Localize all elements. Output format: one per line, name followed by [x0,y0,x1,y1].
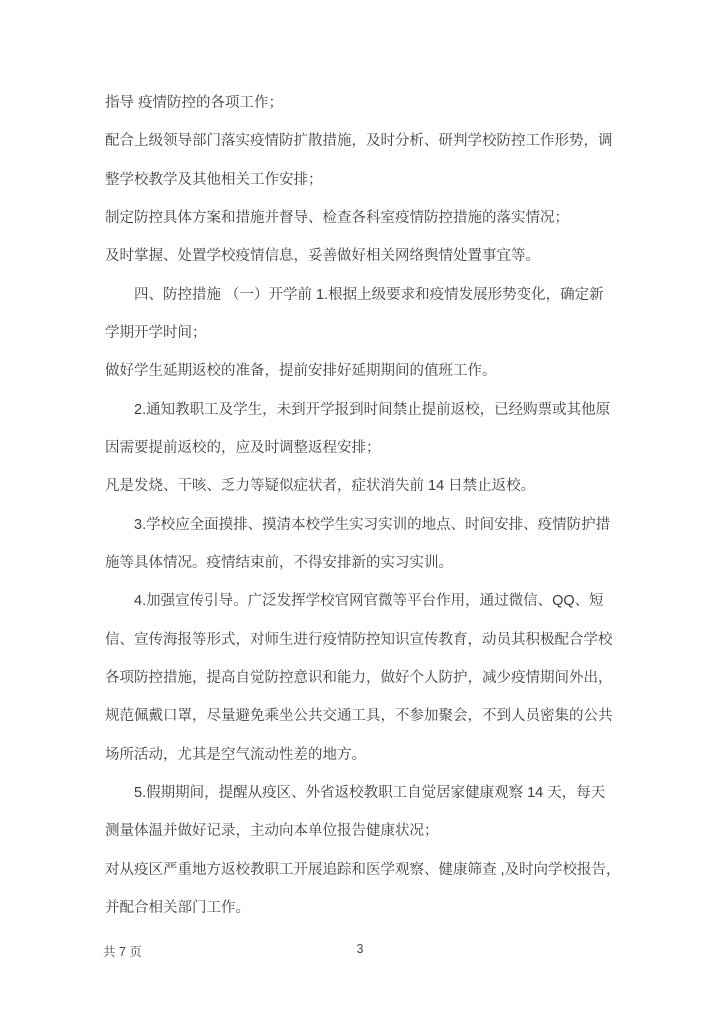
document-body: 指导 疫情防控的各项工作；配合上级领导部门落实疫情防扩散措施，及时分析、研判学校… [105,84,615,927]
text-line: 2.通知教职工及学生，未到开学报到时间禁止提前返校，已经购票或其他原 [105,391,615,429]
text-line: 对从疫区严重地方返校教职工开展追踪和医学观察、健康筛查 ,及时向学校报告， [105,851,615,889]
text-line: 四、防控措施 （一）开学前 1.根据上级要求和疫情发展形势变化，确定新 [105,276,615,314]
text-line: 信、宣传海报等形式，对师生进行疫情防控知识宣传教育，动员其积极配合学校 [105,621,615,659]
text-line: 3.学校应全面摸排、摸清本校学生实习实训的地点、时间安排、疫情防护措 [105,506,615,544]
page-number: 3 [105,942,615,956]
page-footer: 共 7 页 3 [105,942,615,960]
text-line: 配合上级领导部门落实疫情防扩散措施，及时分析、研判学校防控工作形势，调 [105,122,615,160]
text-line: 测量体温并做好记录，主动向本单位报告健康状况； [105,812,615,850]
text-line: 做好学生延期返校的准备，提前安排好延期期间的值班工作。 [105,352,615,390]
document-page: 指导 疫情防控的各项工作；配合上级领导部门落实疫情防扩散措施，及时分析、研判学校… [0,0,720,1020]
text-line: 学期开学时间； [105,314,615,352]
text-line: 并配合相关部门工作。 [105,889,615,927]
text-line: 指导 疫情防控的各项工作； [105,84,615,122]
text-line: 各项防控措施，提高自觉防控意识和能力，做好个人防护，减少疫情期间外出， [105,659,615,697]
text-line: 因需要提前返校的，应及时调整返程安排； [105,429,615,467]
text-line: 整学校教学及其他相关工作安排； [105,161,615,199]
text-line: 5.假期期间，提醒从疫区、外省返校教职工自觉居家健康观察 14 天，每天 [105,774,615,812]
text-line: 凡是发烧、干咳、乏力等疑似症状者，症状消失前 14 日禁止返校。 [105,467,615,505]
text-line: 场所活动，尤其是空气流动性差的地方。 [105,736,615,774]
text-line: 规范佩戴口罩，尽量避免乘坐公共交通工具，不参加聚会，不到人员密集的公共 [105,697,615,735]
text-line: 及时掌握、处置学校疫情信息，妥善做好相关网络舆情处置事宜等。 [105,237,615,275]
text-line: 4.加强宣传引导。广泛发挥学校官网官微等平台作用，通过微信、QQ、短 [105,582,615,620]
text-line: 制定防控具体方案和措施并督导、检查各科室疫情防控措施的落实情况； [105,199,615,237]
text-line: 施等具体情况。疫情结束前，不得安排新的实习实训。 [105,544,615,582]
